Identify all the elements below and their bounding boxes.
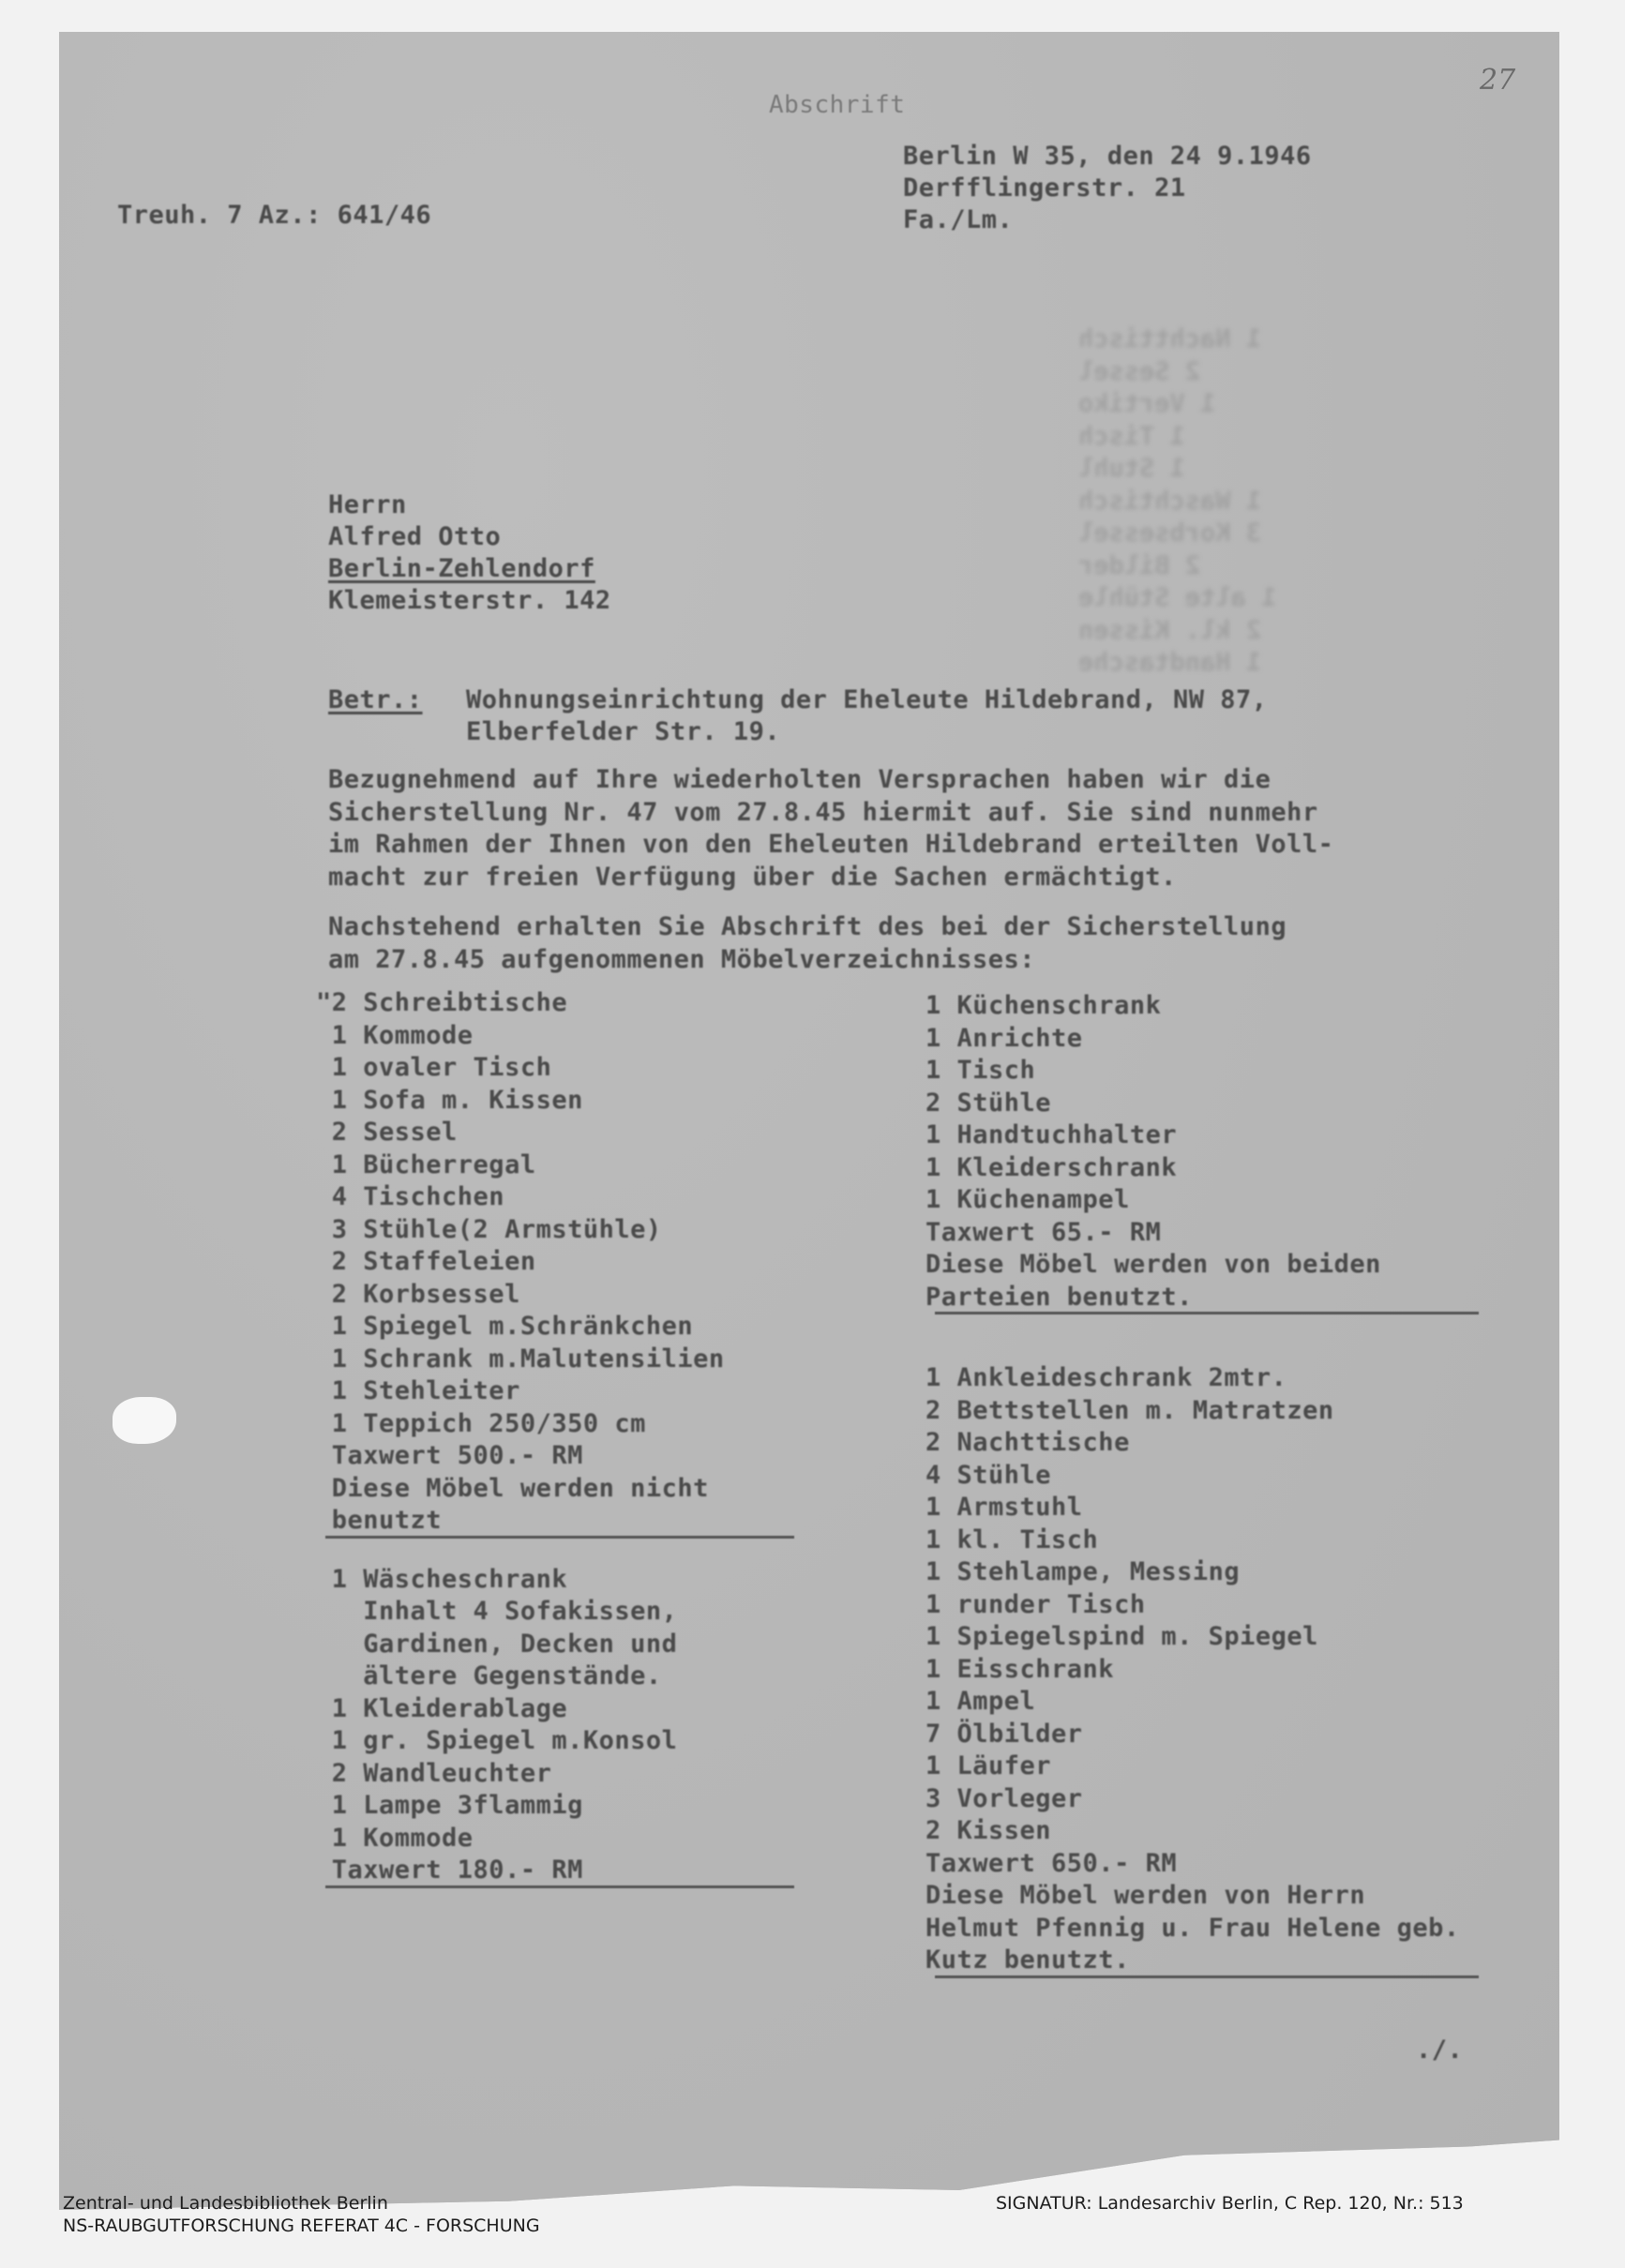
inventory-item: 1 Spiegel m.Schränkchen [316,1311,693,1344]
footer-department: NS-RAUBGUTFORSCHUNG REFERAT 4C - FORSCHU… [63,2215,540,2237]
recipient-salutation: Herrn [328,489,407,522]
usage-note: Helmut Pfennig u. Frau Helene geb. [925,1913,1460,1945]
usage-note: Diese Möbel werden von Herrn [925,1880,1365,1913]
inventory-item: 1 Tisch [925,1055,1035,1088]
footer-signature: SIGNATUR: Landesarchiv Berlin, C Rep. 12… [996,2192,1464,2215]
usage-note: benutzt [316,1505,442,1538]
inventory-item: ältere Gegenstände. [316,1660,662,1693]
reference-number: Treuh. 7 Az.: 641/46 [117,200,431,233]
inventory-item: Gardinen, Decken und [316,1629,677,1661]
inventory-item: 1 Armstuhl [925,1492,1083,1525]
inventory-item: 1 Schrank m.Malutensilien [316,1344,725,1376]
inventory-item: 2 Staffeleien [316,1246,536,1279]
inventory-item: Inhalt 4 Sofakissen, [316,1596,677,1629]
copy-mark: Abschrift [769,89,905,122]
inventory-item: 2 Korbsessel [316,1279,520,1312]
inventory-item: 1 Küchenschrank [925,990,1161,1023]
inventory-item: 2 Nachttische [925,1427,1130,1460]
inventory-item: 2 Bettstellen m. Matratzen [925,1395,1334,1428]
section-divider [935,1312,1479,1314]
inventory-item: 1 Anrichte [925,1023,1083,1056]
usage-note: Parteien benutzt. [925,1282,1193,1314]
taxwert-total: Taxwert 180.- RM [316,1855,583,1887]
inventory-item: 1 Kleiderablage [316,1693,567,1726]
taxwert-total: Taxwert 500.- RM [316,1440,583,1473]
usage-note: Kutz benutzt. [925,1945,1130,1977]
inventory-item: 1 Wäscheschrank [316,1564,567,1597]
inventory-item: 1 Bücherregal [316,1149,536,1182]
inventory-item: 1 gr. Spiegel m.Konsol [316,1725,677,1758]
inventory-item: 1 Eisschrank [925,1654,1114,1687]
inventory-item: 3 Vorleger [925,1783,1083,1816]
taxwert-total: Taxwert 65.- RM [925,1217,1161,1250]
inventory-item: 2 Sessel [316,1117,458,1149]
inventory-item: 1 Spiegelspind m. Spiegel [925,1621,1318,1654]
inventory-item: 1 Ampel [925,1686,1035,1719]
inventory-item: 1 Läufer [925,1750,1051,1783]
punch-hole [113,1397,176,1444]
inventory-item: 3 Stühle(2 Armstühle) [316,1214,662,1247]
inventory-item: 1 Ankleideschrank 2mtr. [925,1362,1286,1395]
inventory-item: 1 ovaler Tisch [316,1052,551,1085]
usage-note: Diese Möbel werden nicht [316,1473,709,1506]
section-divider [935,1975,1479,1978]
inventory-item: 1 Handtuchhalter [925,1119,1177,1152]
body-line: Bezugnehmend auf Ihre wiederholten Versp… [328,764,1271,797]
place-date: Berlin W 35, den 24 9.1946 [903,141,1312,173]
reference-initials: Fa./Lm. [903,204,1013,237]
inventory-item: 1 Lampe 3flammig [316,1790,583,1823]
inventory-item: 1 Stehlampe, Messing [925,1556,1240,1589]
recipient-street: Klemeisterstr. 142 [328,585,611,618]
inventory-item: 1 Kommode [316,1020,474,1053]
inventory-item: 2 Kissen [925,1815,1051,1848]
subject-line-2: Elberfelder Str. 19. [466,716,780,749]
inventory-item: 1 Küchenampel [925,1184,1130,1217]
subject-line-1: Wohnungseinrichtung der Eheleute Hildebr… [466,684,1268,717]
inventory-item: "2 Schreibtische [316,987,567,1020]
footer-library: Zentral- und Landesbibliothek Berlin NS-… [63,2192,540,2237]
body-line: Sicherstellung Nr. 47 vom 27.8.45 hiermi… [328,797,1318,830]
inventory-item: 1 Stehleiter [316,1375,520,1408]
taxwert-total: Taxwert 650.- RM [925,1848,1177,1881]
section-divider [325,1885,794,1888]
recipient-city: Berlin-Zehlendorf [328,553,595,586]
continuation-mark: ./. [1416,2035,1463,2067]
sender-street: Derfflingerstr. 21 [903,173,1186,205]
inventory-item: 4 Stühle [925,1460,1051,1493]
inventory-item: 1 Teppich 250/350 cm [316,1408,646,1441]
inventory-item: 1 Kommode [316,1823,474,1855]
inventory-item: 7 Ölbilder [925,1719,1083,1751]
inventory-item: 1 Sofa m. Kissen [316,1085,583,1118]
body-line: am 27.8.45 aufgenommenen Möbelverzeichni… [328,944,1035,977]
body-line: im Rahmen der Ihnen von den Eheleuten Hi… [328,829,1333,862]
recipient-name: Alfred Otto [328,521,501,554]
section-divider [325,1536,794,1539]
body-line: macht zur freien Verfügung über die Sach… [328,862,1177,894]
body-line: Nachstehend erhalten Sie Abschrift des b… [328,911,1286,944]
inventory-item: 4 Tischchen [316,1181,504,1214]
inventory-item: 1 Kleiderschrank [925,1152,1177,1185]
subject-label: Betr.: [328,684,423,717]
handwritten-page-number: 27 [1480,64,1515,97]
inventory-item: 2 Wandleuchter [316,1758,551,1791]
bleed-through-text: 1 Nachttisch 2 Sessel 1 Vertiko 1 Tisch … [1078,323,1294,680]
usage-note: Diese Möbel werden von beiden [925,1249,1381,1282]
inventory-item: 1 runder Tisch [925,1589,1146,1622]
footer-library-name: Zentral- und Landesbibliothek Berlin [63,2192,540,2215]
inventory-item: 1 kl. Tisch [925,1525,1098,1557]
inventory-item: 2 Stühle [925,1088,1051,1120]
